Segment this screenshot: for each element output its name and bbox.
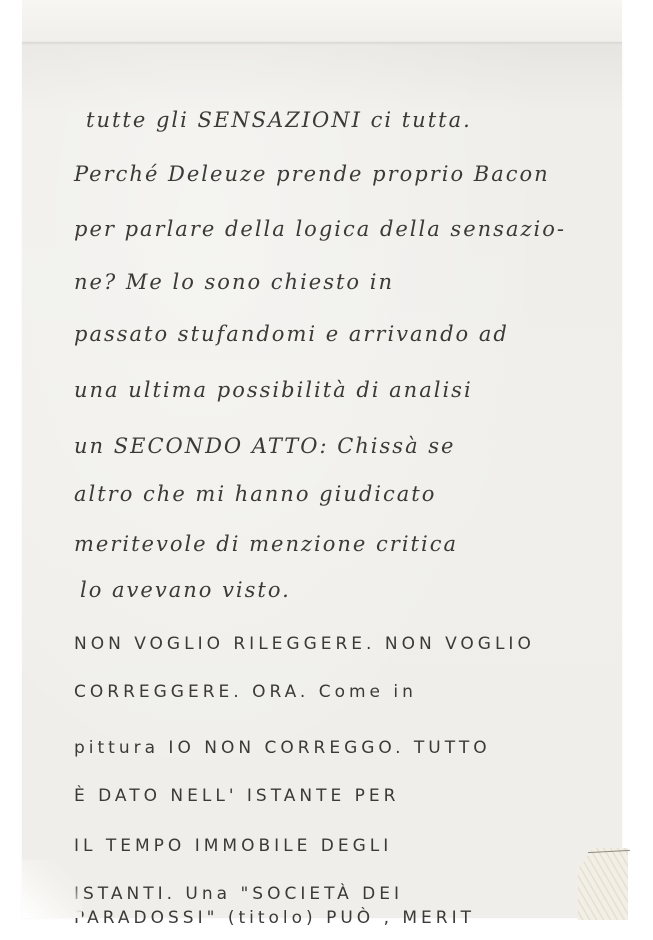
text-line-14: È DATO NELL' ISTANTE PER [74,786,399,806]
text-line-10: lo avevano visto. [80,578,291,602]
text-line-7: un SECONDO ATTO: Chissà se [74,434,455,458]
text-line-2: Perché Deleuze prende proprio Bacon [74,162,550,186]
text-line-12: CORREGGERE. ORA. Come in [74,682,417,702]
text-line-16: ISTANTI. Una "SOCIETÀ DEI [74,884,403,904]
text-line-6: una ultima possibilità di analisi [74,378,473,402]
text-line-4: ne? Me lo sono chiesto in [74,270,394,294]
text-line-5: passato stufandomi e arrivando ad [74,322,509,346]
page-top-edge [22,42,622,45]
text-line-1: tutte gli SENSAZIONI ci tutta. [86,108,472,132]
page-corner-bottom-left [22,860,82,918]
text-line-11: NON VOGLIO RILEGGERE. NON VOGLIO [74,634,535,654]
text-line-17: PARADOSSI" (titolo) PUÒ , MERIT [74,908,475,928]
text-line-15: IL TEMPO IMMOBILE DEGLI [74,836,392,856]
text-line-3: per parlare della logica della sensazio- [74,217,566,241]
text-line-8: altro che mi hanno giudicato [74,482,436,506]
handwritten-page: tutte gli SENSAZIONI ci tutta. Perché De… [22,42,622,918]
text-line-9: meritevole di menzione critica [74,532,458,556]
back-sheet [22,0,622,48]
text-line-13: pittura IO NON CORREGGO. TUTTO [74,738,491,758]
